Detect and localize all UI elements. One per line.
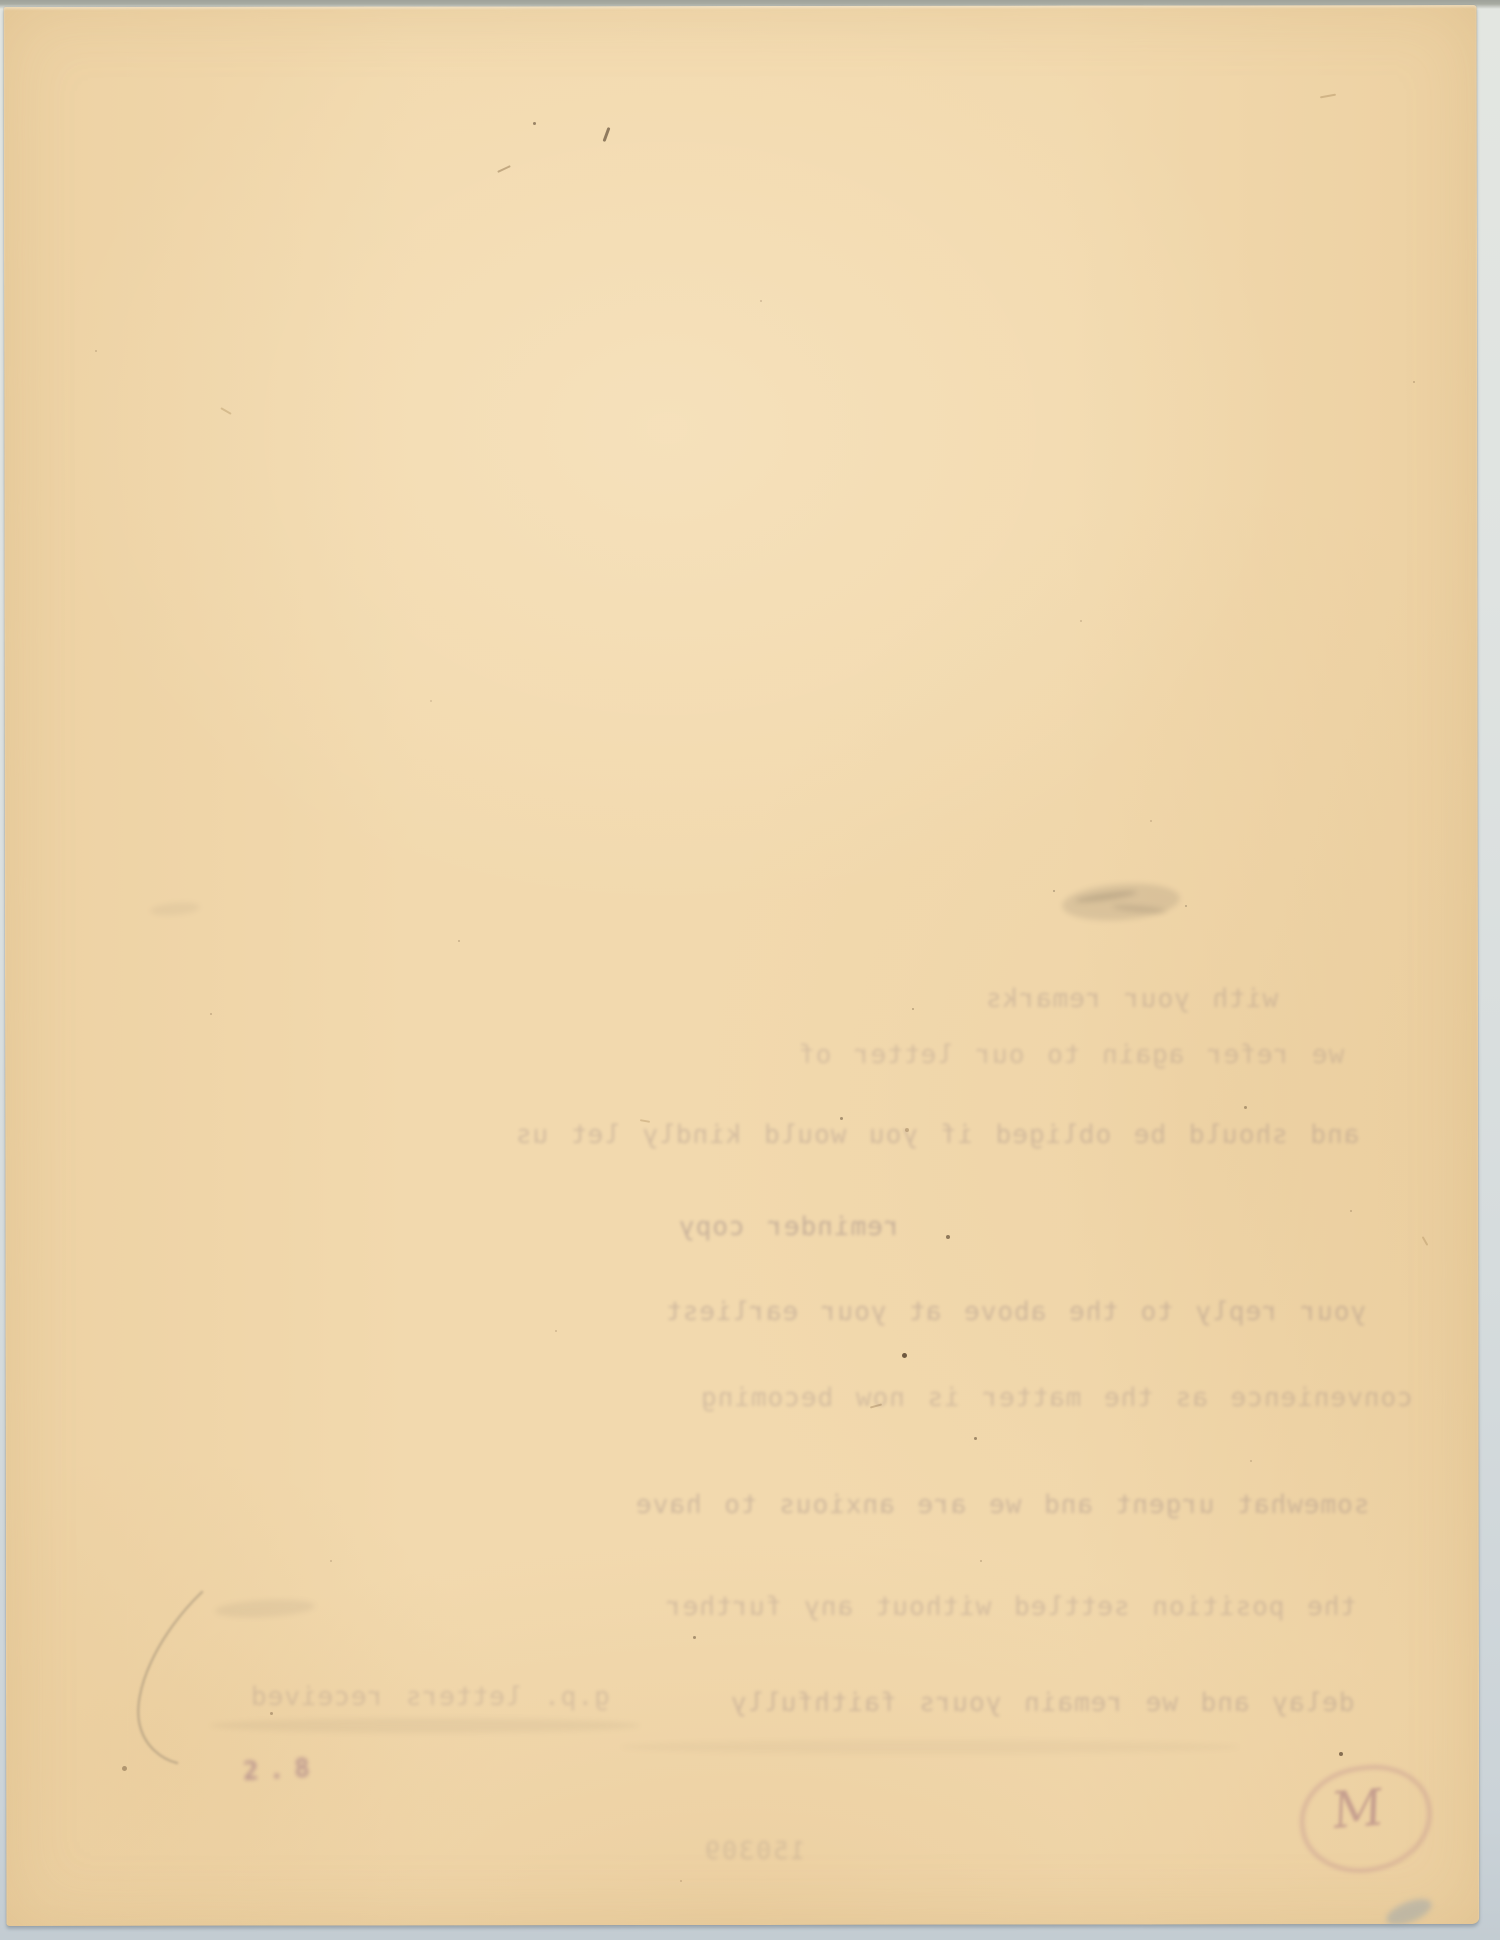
- scanner-background: with your remarkswe refer again to our l…: [0, 0, 1500, 1940]
- archive-stamp-letter: M: [1331, 1778, 1384, 1840]
- pencil-shelf-number: 2.8: [242, 1753, 320, 1787]
- mirrored-corner-number: 150309: [703, 1836, 805, 1865]
- pencil-arc-mark: [0, 0, 1500, 1940]
